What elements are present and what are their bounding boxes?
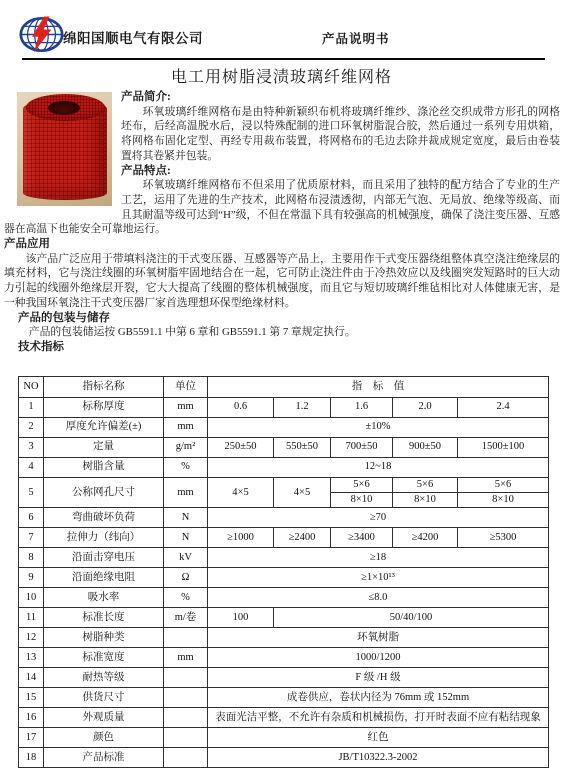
table-cell: ≥5300 bbox=[458, 528, 549, 548]
table-cell: JB/T10322.3-2002 bbox=[208, 748, 549, 768]
section-heading-packaging: 产品的包装与储存 bbox=[18, 311, 560, 326]
spec-table: NO指标名称单位指 标 值 1标称厚度mm0.61.21.62.02.42厚度允… bbox=[18, 376, 549, 768]
table-cell: 5 bbox=[19, 478, 44, 508]
product-photo bbox=[17, 92, 112, 206]
table-cell: 1 bbox=[19, 398, 44, 418]
table-cell: 16 bbox=[19, 708, 44, 728]
table-cell: 6 bbox=[19, 508, 44, 528]
table-cell: 0.6 bbox=[208, 398, 274, 418]
table-row: 4树脂含量%12~18 bbox=[19, 458, 549, 478]
document-page: 绵阳国顺电气有限公司 产品说明书 电工用树脂浸渍玻璃纤维网格 产品简介: 环氧玻… bbox=[0, 0, 563, 775]
table-cell: 外观质量 bbox=[44, 708, 164, 728]
table-cell: ≥70 bbox=[208, 508, 549, 528]
table-cell: 供货尺寸 bbox=[44, 688, 164, 708]
table-cell: 2 bbox=[19, 418, 44, 438]
table-row: 12树脂种类环氧树脂 bbox=[19, 628, 549, 648]
table-cell: 11 bbox=[19, 608, 44, 628]
table-row: 7拉伸力（纬向）N≥1000≥2400≥3400≥4200≥5300 bbox=[19, 528, 549, 548]
table-cell: 8×10 bbox=[393, 493, 458, 508]
table-row: 16外观质量表面光洁平整，不允许有杂质和机械损伤，打开时表面不应有粘结现象 bbox=[19, 708, 549, 728]
table-cell: 表面光洁平整，不允许有杂质和机械损伤，打开时表面不应有粘结现象 bbox=[208, 708, 549, 728]
table-cell bbox=[164, 668, 208, 688]
table-cell: 5×6 bbox=[458, 478, 549, 493]
section-body-application: 该产品广泛应用于带填料浇注的干式变压器、互感器等产品上，主要用作干式变压器绕组整… bbox=[4, 252, 560, 311]
table-cell: 成卷供应，卷状内径为 76mm 或 152mm bbox=[208, 688, 549, 708]
table-cell: 1.6 bbox=[331, 398, 393, 418]
table-cell: 8 bbox=[19, 548, 44, 568]
table-cell: 4×5 bbox=[274, 478, 331, 508]
table-row: 5公称网孔尺寸mm4×54×55×65×65×6 bbox=[19, 478, 549, 493]
table-cell: N bbox=[164, 508, 208, 528]
table-cell: mm bbox=[164, 418, 208, 438]
table-cell: 900±50 bbox=[393, 438, 458, 458]
table-cell: 厚度允许偏差(±) bbox=[44, 418, 164, 438]
content: 产品简介: 环氧玻璃纤维网格布是由特种新颖织布机将玻璃纤维纱、涤沦丝交织成带方形… bbox=[4, 90, 560, 355]
table-row: 17颜色红色 bbox=[19, 728, 549, 748]
table-row: 18产品标准JB/T10322.3-2002 bbox=[19, 748, 549, 768]
table-cell: 550±50 bbox=[274, 438, 331, 458]
table-cell bbox=[164, 688, 208, 708]
table-cell: 1.2 bbox=[274, 398, 331, 418]
table-row: 11标准长度m/卷10050/40/100 bbox=[19, 608, 549, 628]
table-cell: 红色 bbox=[208, 728, 549, 748]
table-body: 1标称厚度mm0.61.21.62.02.42厚度允许偏差(±)mm±10%3定… bbox=[19, 398, 549, 768]
section-heading-specs: 技术指标 bbox=[18, 340, 560, 355]
table-cell: 标准长度 bbox=[44, 608, 164, 628]
table-cell: % bbox=[164, 588, 208, 608]
table-cell: 12~18 bbox=[208, 458, 549, 478]
table-cell: 沿面击穿电压 bbox=[44, 548, 164, 568]
table-cell: mm bbox=[164, 478, 208, 508]
table-cell: 18 bbox=[19, 748, 44, 768]
company-logo-globe-lightning-icon bbox=[19, 15, 64, 54]
table-cell: ≥4200 bbox=[393, 528, 458, 548]
table-row: 13标准宽度mm1000/1200 bbox=[19, 648, 549, 668]
table-cell: 公称网孔尺寸 bbox=[44, 478, 164, 508]
table-cell: NO bbox=[19, 377, 44, 398]
table-row: 14耐热等级F 级 /H 级 bbox=[19, 668, 549, 688]
table-cell: 标准宽度 bbox=[44, 648, 164, 668]
table-cell: ≥1000 bbox=[208, 528, 274, 548]
table-cell: ≥1×10¹³ bbox=[208, 568, 549, 588]
table-cell: kV bbox=[164, 548, 208, 568]
table-cell: ≥18 bbox=[208, 548, 549, 568]
table-row: 6弯曲破坏负荷N≥70 bbox=[19, 508, 549, 528]
table-row: 8沿面击穿电压kV≥18 bbox=[19, 548, 549, 568]
table-cell: 指标名称 bbox=[44, 377, 164, 398]
table-row: 1标称厚度mm0.61.21.62.02.4 bbox=[19, 398, 549, 418]
table-cell: 标称厚度 bbox=[44, 398, 164, 418]
table-row: 15供货尺寸成卷供应，卷状内径为 76mm 或 152mm bbox=[19, 688, 549, 708]
mesh-roll-core-hole bbox=[48, 101, 79, 115]
table-cell bbox=[164, 728, 208, 748]
table-cell: 产品标准 bbox=[44, 748, 164, 768]
company-name: 绵阳国顺电气有限公司 bbox=[63, 27, 203, 47]
table-cell: 9 bbox=[19, 568, 44, 588]
table-cell: 2.0 bbox=[393, 398, 458, 418]
table-cell: 颜色 bbox=[44, 728, 164, 748]
table-cell bbox=[164, 628, 208, 648]
table-cell: 1500±100 bbox=[458, 438, 549, 458]
table-cell: 5×6 bbox=[331, 478, 393, 493]
table-cell: 250±50 bbox=[208, 438, 274, 458]
table-head: NO指标名称单位指 标 值 bbox=[19, 377, 549, 398]
table-cell: 13 bbox=[19, 648, 44, 668]
table-cell: 拉伸力（纬向） bbox=[44, 528, 164, 548]
table-cell: g/m² bbox=[164, 438, 208, 458]
table-cell bbox=[164, 708, 208, 728]
table-cell: 1000/1200 bbox=[208, 648, 549, 668]
table-cell: 2.4 bbox=[458, 398, 549, 418]
table-row: 3定量g/m²250±50550±50700±50900±501500±100 bbox=[19, 438, 549, 458]
table-cell: 单位 bbox=[164, 377, 208, 398]
table-row: 10吸水率%≤8.0 bbox=[19, 588, 549, 608]
table-cell: 指 标 值 bbox=[208, 377, 549, 398]
table-cell: 700±50 bbox=[331, 438, 393, 458]
table-cell: mm bbox=[164, 398, 208, 418]
page-title: 电工用树脂浸渍玻璃纤维网格 bbox=[0, 64, 563, 87]
table-cell: 14 bbox=[19, 668, 44, 688]
table-row: 2厚度允许偏差(±)mm±10% bbox=[19, 418, 549, 438]
table-cell: ≥3400 bbox=[331, 528, 393, 548]
table-cell: 5×6 bbox=[393, 478, 458, 493]
table-cell: % bbox=[164, 458, 208, 478]
table-cell bbox=[164, 748, 208, 768]
section-body-packaging: 产品的包装储运按 GB5591.1 中第 6 章和 GB5591.1 第 7 章… bbox=[18, 325, 560, 340]
doc-type-label: 产品说明书 bbox=[322, 29, 390, 47]
table-cell: ≤8.0 bbox=[208, 588, 549, 608]
table-cell: 耐热等级 bbox=[44, 668, 164, 688]
table-cell: ±10% bbox=[208, 418, 549, 438]
table-cell: F 级 /H 级 bbox=[208, 668, 549, 688]
table-cell: Ω bbox=[164, 568, 208, 588]
table-cell: 吸水率 bbox=[44, 588, 164, 608]
table-cell: 8×10 bbox=[458, 493, 549, 508]
table-row: 9沿面绝缘电阻Ω≥1×10¹³ bbox=[19, 568, 549, 588]
table-cell: 12 bbox=[19, 628, 44, 648]
table-cell: 4 bbox=[19, 458, 44, 478]
table-cell: 15 bbox=[19, 688, 44, 708]
table-cell: ≥2400 bbox=[274, 528, 331, 548]
table-cell: 定量 bbox=[44, 438, 164, 458]
table-cell: 100 bbox=[208, 608, 274, 628]
table-cell: N bbox=[164, 528, 208, 548]
table-cell: mm bbox=[164, 648, 208, 668]
table-cell: 树脂含量 bbox=[44, 458, 164, 478]
table-cell: 17 bbox=[19, 728, 44, 748]
table-cell: 弯曲破坏负荷 bbox=[44, 508, 164, 528]
header-divider bbox=[22, 58, 545, 60]
table-header-row: NO指标名称单位指 标 值 bbox=[19, 377, 549, 398]
table-cell: 环氧树脂 bbox=[208, 628, 549, 648]
table-cell: 10 bbox=[19, 588, 44, 608]
section-heading-application: 产品应用 bbox=[4, 237, 560, 252]
table-cell: 沿面绝缘电阻 bbox=[44, 568, 164, 588]
table-cell: m/卷 bbox=[164, 608, 208, 628]
spec-table-container: NO指标名称单位指 标 值 1标称厚度mm0.61.21.62.02.42厚度允… bbox=[18, 376, 549, 768]
table-cell: 7 bbox=[19, 528, 44, 548]
table-cell: 8×10 bbox=[331, 493, 393, 508]
table-cell: 4×5 bbox=[208, 478, 274, 508]
table-cell: 树脂种类 bbox=[44, 628, 164, 648]
table-cell: 50/40/100 bbox=[274, 608, 549, 628]
table-cell: 3 bbox=[19, 438, 44, 458]
